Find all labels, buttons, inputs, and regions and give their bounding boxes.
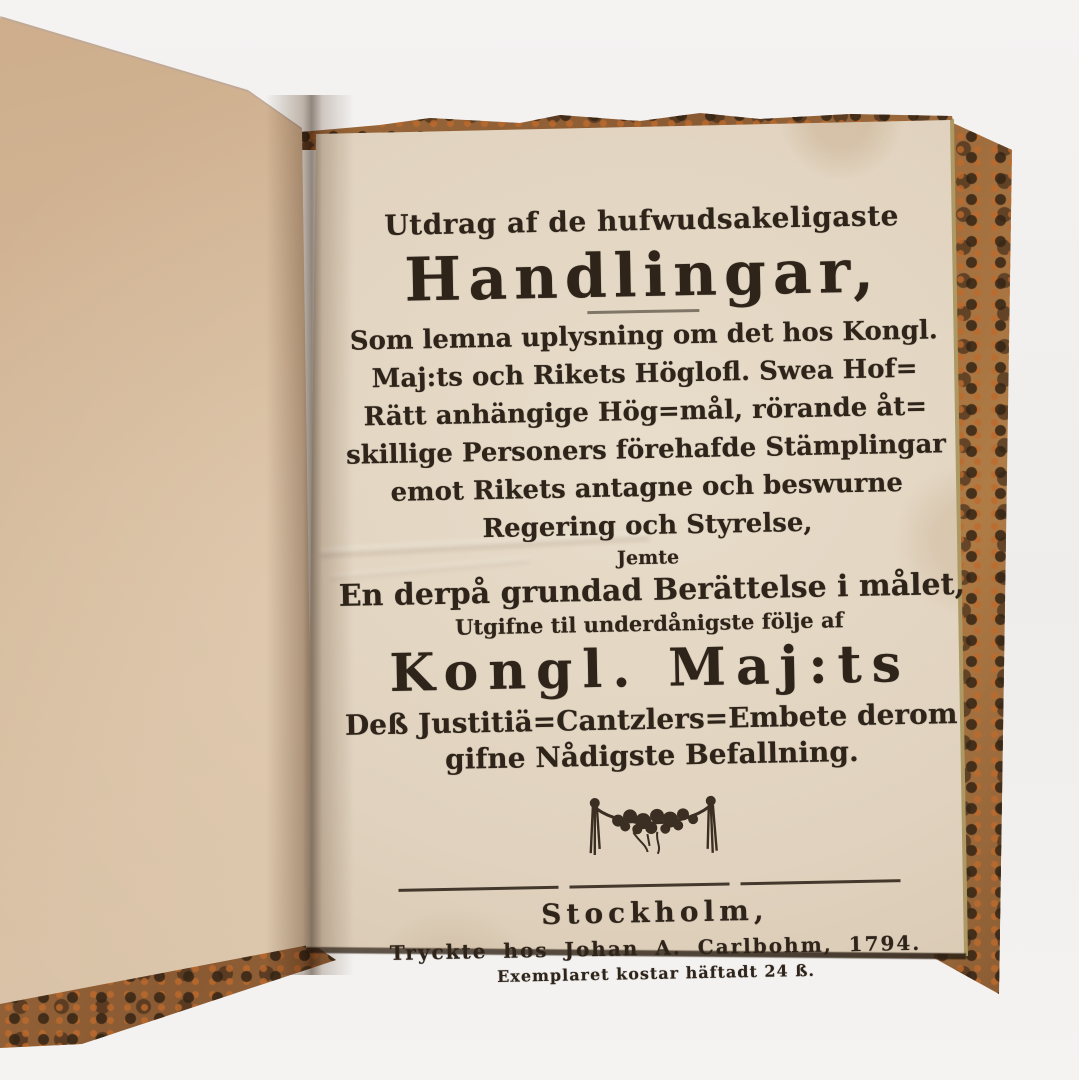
main-title: Handlingar, bbox=[332, 236, 953, 316]
title-page-text: Utdrag af de hufwudsakeligaste Handlinga… bbox=[330, 128, 966, 990]
subtitle-line: Rätt anhängige Hög=mål, rörande åt= bbox=[335, 391, 955, 433]
subtitle-line: emot Rikets antagne och beswurne bbox=[337, 467, 957, 509]
floral-garland-ornament bbox=[343, 788, 964, 870]
authority-line: gifne Nådigste Befallning. bbox=[342, 734, 963, 778]
subtitle-line: skillige Personers förehafde Stämplingar bbox=[336, 429, 956, 471]
subtitle-line: Som lemna uplysning om det hos Kongl. bbox=[334, 315, 954, 357]
imprint-divider-rule bbox=[398, 879, 910, 892]
subtitle-line: Maj:ts och Rikets Höglofl. Swea Hof= bbox=[334, 353, 954, 395]
subtitle-line: Regering och Styrelse, bbox=[337, 505, 957, 547]
authority-title: Kongl. Maj:ts bbox=[340, 632, 961, 706]
imprint-city: Stockholm, bbox=[345, 890, 966, 936]
photo-open-book: Utdrag af de hufwudsakeligaste Handlinga… bbox=[0, 0, 1079, 1080]
